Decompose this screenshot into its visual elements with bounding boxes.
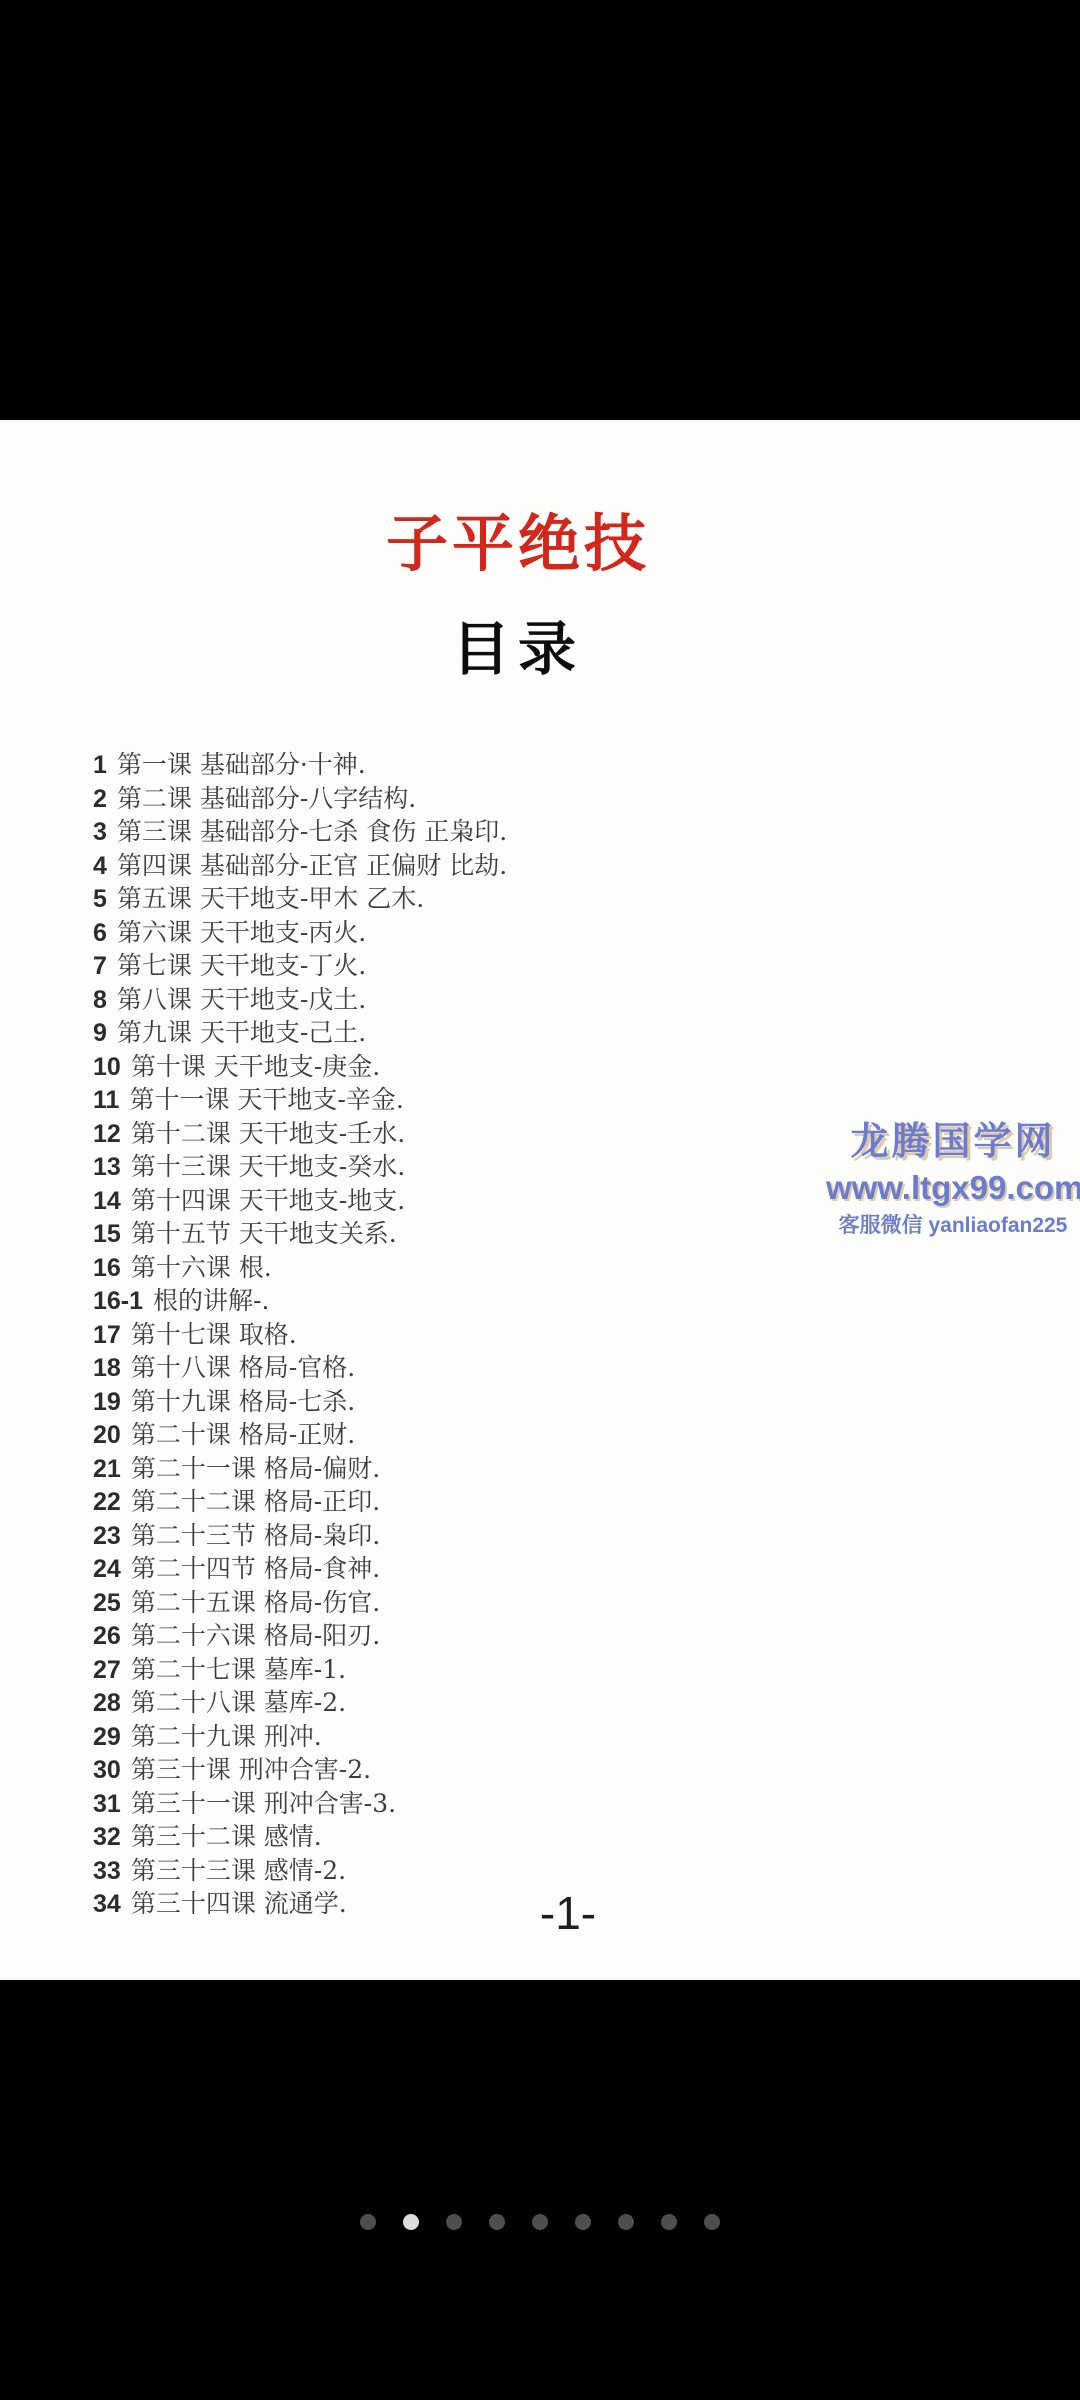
toc-item-label: 第十八课 格局-官格.	[131, 1353, 355, 1382]
toc-item-label: 第八课 天干地支-戊土.	[117, 985, 366, 1014]
toc-item-label: 第十七课 取格.	[131, 1320, 297, 1349]
toc-item-number: 16	[93, 1254, 121, 1282]
toc-item-number: 7	[93, 952, 107, 980]
toc-item: 13第十三课 天干地支-癸水.	[93, 1150, 507, 1184]
toc-item-label: 第九课 天干地支-己土.	[117, 1018, 366, 1047]
toc-item-label: 第一课 基础部分·十神.	[117, 750, 366, 779]
toc-item-number: 10	[93, 1053, 121, 1081]
toc-item-label: 第十六课 根.	[131, 1253, 272, 1282]
page-number: -1-	[28, 1886, 1080, 1940]
toc-item-label: 第二十五课 格局-伤官.	[131, 1588, 380, 1617]
toc-item-number: 26	[93, 1622, 121, 1650]
toc-item-number: 17	[93, 1321, 121, 1349]
carousel-dot[interactable]	[575, 2214, 591, 2230]
toc-item: 20第二十课 格局-正财.	[93, 1418, 507, 1452]
toc-item-label: 第七课 天干地支-丁火.	[117, 951, 366, 980]
toc-item: 14第十四课 天干地支-地支.	[93, 1184, 507, 1218]
toc-item-label: 第十四课 天干地支-地支.	[131, 1186, 405, 1215]
toc-item-label: 第二十九课 刑冲.	[131, 1722, 322, 1751]
toc-item-label: 第十五节 天干地支关系.	[131, 1219, 397, 1248]
toc-item-number: 15	[93, 1220, 121, 1248]
toc-item-number: 22	[93, 1488, 121, 1516]
toc-item: 19第十九课 格局-七杀.	[93, 1385, 507, 1419]
toc-item-number: 18	[93, 1354, 121, 1382]
carousel-dot[interactable]	[661, 2214, 677, 2230]
toc-item-number: 19	[93, 1388, 121, 1416]
carousel-dot[interactable]	[489, 2214, 505, 2230]
document-page-image[interactable]: 子平绝技 目录 1第一课 基础部分·十神.2第二课 基础部分-八字结构.3第三课…	[0, 420, 1080, 1980]
toc-item-label: 第十一课 天干地支-辛金.	[129, 1085, 403, 1114]
toc-item-label: 第二十课 格局-正财.	[131, 1420, 355, 1449]
toc-item-label: 第十三课 天干地支-癸水.	[131, 1152, 405, 1181]
toc-item: 30第三十课 刑冲合害-2.	[93, 1753, 507, 1787]
toc-item-label: 第十课 天干地支-庚金.	[131, 1052, 380, 1081]
toc-item-number: 4	[93, 852, 107, 880]
toc-item-number: 24	[93, 1555, 121, 1583]
carousel-dot[interactable]	[446, 2214, 462, 2230]
watermark: 龙腾国学网 www.ltgx99.com 客服微信 yanliaofan225	[826, 1120, 1080, 1242]
toc-item: 6第六课 天干地支-丙火.	[93, 916, 507, 950]
toc-item-label: 第三十一课 刑冲合害-3.	[131, 1789, 396, 1818]
toc-item-number: 3	[93, 818, 107, 846]
toc-item: 33第三十三课 感情-2.	[93, 1854, 507, 1888]
toc-heading: 目录	[0, 602, 1058, 686]
toc-item: 7第七课 天干地支-丁火.	[93, 949, 507, 983]
toc-item-number: 23	[93, 1522, 121, 1550]
toc-item-label: 第四课 基础部分-正官 正偏财 比劫.	[117, 851, 507, 880]
toc-item-number: 16-1	[93, 1287, 143, 1315]
toc-item-label: 第二十三节 格局-枭印.	[131, 1521, 380, 1550]
toc-item-number: 25	[93, 1589, 121, 1617]
toc-item-label: 第二十一课 格局-偏财.	[131, 1454, 380, 1483]
toc-item: 16第十六课 根.	[93, 1251, 507, 1285]
toc-item: 25第二十五课 格局-伤官.	[93, 1586, 507, 1620]
watermark-url: www.ltgx99.com	[826, 1166, 1080, 1211]
toc-item-label: 第三十三课 感情-2.	[131, 1856, 346, 1885]
toc-item: 12第十二课 天干地支-壬水.	[93, 1117, 507, 1151]
toc-item-number: 1	[93, 751, 107, 779]
toc-item: 17第十七课 取格.	[93, 1318, 507, 1352]
toc-item-label: 第三课 基础部分-七杀 食伤 正枭印.	[117, 817, 507, 846]
toc-item: 8第八课 天干地支-戊土.	[93, 983, 507, 1017]
carousel-dots	[0, 2214, 1080, 2230]
toc-item-number: 5	[93, 885, 107, 913]
toc-list: 1第一课 基础部分·十神.2第二课 基础部分-八字结构.3第三课 基础部分-七杀…	[93, 748, 507, 1921]
image-viewer-screen: 子平绝技 目录 1第一课 基础部分·十神.2第二课 基础部分-八字结构.3第三课…	[0, 0, 1080, 2400]
toc-item-label: 第二十四节 格局-食神.	[131, 1554, 380, 1583]
carousel-dot-active[interactable]	[403, 2214, 419, 2230]
toc-item-number: 32	[93, 1823, 121, 1851]
toc-item: 15第十五节 天干地支关系.	[93, 1217, 507, 1251]
toc-item: 26第二十六课 格局-阳刃.	[93, 1619, 507, 1653]
toc-item-label: 第三十课 刑冲合害-2.	[131, 1755, 371, 1784]
toc-item: 9第九课 天干地支-己土.	[93, 1016, 507, 1050]
toc-item: 27第二十七课 墓库-1.	[93, 1653, 507, 1687]
toc-item: 4第四课 基础部分-正官 正偏财 比劫.	[93, 849, 507, 883]
toc-item: 2第二课 基础部分-八字结构.	[93, 782, 507, 816]
document-title: 子平绝技	[0, 494, 1058, 583]
carousel-dot[interactable]	[618, 2214, 634, 2230]
toc-item: 29第二十九课 刑冲.	[93, 1720, 507, 1754]
toc-item-number: 14	[93, 1187, 121, 1215]
toc-item: 23第二十三节 格局-枭印.	[93, 1519, 507, 1553]
toc-item: 5第五课 天干地支-甲木 乙木.	[93, 882, 507, 916]
toc-item: 11第十一课 天干地支-辛金.	[93, 1083, 507, 1117]
toc-item-label: 第二十七课 墓库-1.	[131, 1655, 346, 1684]
toc-item-number: 21	[93, 1455, 121, 1483]
toc-item: 31第三十一课 刑冲合害-3.	[93, 1787, 507, 1821]
toc-item-label: 第二十二课 格局-正印.	[131, 1487, 380, 1516]
toc-item: 32第三十二课 感情.	[93, 1820, 507, 1854]
toc-item-label: 第二十六课 格局-阳刃.	[131, 1621, 380, 1650]
carousel-dot[interactable]	[360, 2214, 376, 2230]
toc-item-number: 6	[93, 919, 107, 947]
toc-item-number: 28	[93, 1689, 121, 1717]
toc-item: 3第三课 基础部分-七杀 食伤 正枭印.	[93, 815, 507, 849]
toc-item-number: 31	[93, 1790, 121, 1818]
toc-item-number: 29	[93, 1723, 121, 1751]
watermark-wechat-contact: 客服微信 yanliaofan225	[826, 1210, 1080, 1242]
toc-item: 24第二十四节 格局-食神.	[93, 1552, 507, 1586]
toc-item: 22第二十二课 格局-正印.	[93, 1485, 507, 1519]
toc-item-number: 2	[93, 785, 107, 813]
carousel-dot[interactable]	[532, 2214, 548, 2230]
toc-item: 28第二十八课 墓库-2.	[93, 1686, 507, 1720]
toc-item-number: 9	[93, 1019, 107, 1047]
toc-item-label: 根的讲解-.	[153, 1286, 269, 1315]
toc-item: 21第二十一课 格局-偏财.	[93, 1452, 507, 1486]
toc-item-number: 27	[93, 1656, 121, 1684]
toc-item-label: 第三十二课 感情.	[131, 1822, 322, 1851]
toc-item-number: 8	[93, 986, 107, 1014]
toc-item: 10第十课 天干地支-庚金.	[93, 1050, 507, 1084]
toc-item: 1第一课 基础部分·十神.	[93, 748, 507, 782]
carousel-dot[interactable]	[704, 2214, 720, 2230]
toc-item-number: 30	[93, 1756, 121, 1784]
toc-item-label: 第十九课 格局-七杀.	[131, 1387, 355, 1416]
toc-item-label: 第六课 天干地支-丙火.	[117, 918, 366, 947]
toc-item-label: 第五课 天干地支-甲木 乙木.	[117, 884, 424, 913]
toc-item: 18第十八课 格局-官格.	[93, 1351, 507, 1385]
toc-item-number: 12	[93, 1120, 121, 1148]
toc-item-number: 11	[93, 1086, 119, 1114]
toc-item: 16-1根的讲解-.	[93, 1284, 507, 1318]
toc-item-label: 第十二课 天干地支-壬水.	[131, 1119, 405, 1148]
toc-item-number: 33	[93, 1857, 121, 1885]
toc-item-label: 第二课 基础部分-八字结构.	[117, 784, 416, 813]
toc-item-number: 13	[93, 1153, 121, 1181]
toc-item-label: 第二十八课 墓库-2.	[131, 1688, 346, 1717]
toc-item-number: 20	[93, 1421, 121, 1449]
watermark-site-name: 龙腾国学网	[826, 1120, 1080, 1166]
